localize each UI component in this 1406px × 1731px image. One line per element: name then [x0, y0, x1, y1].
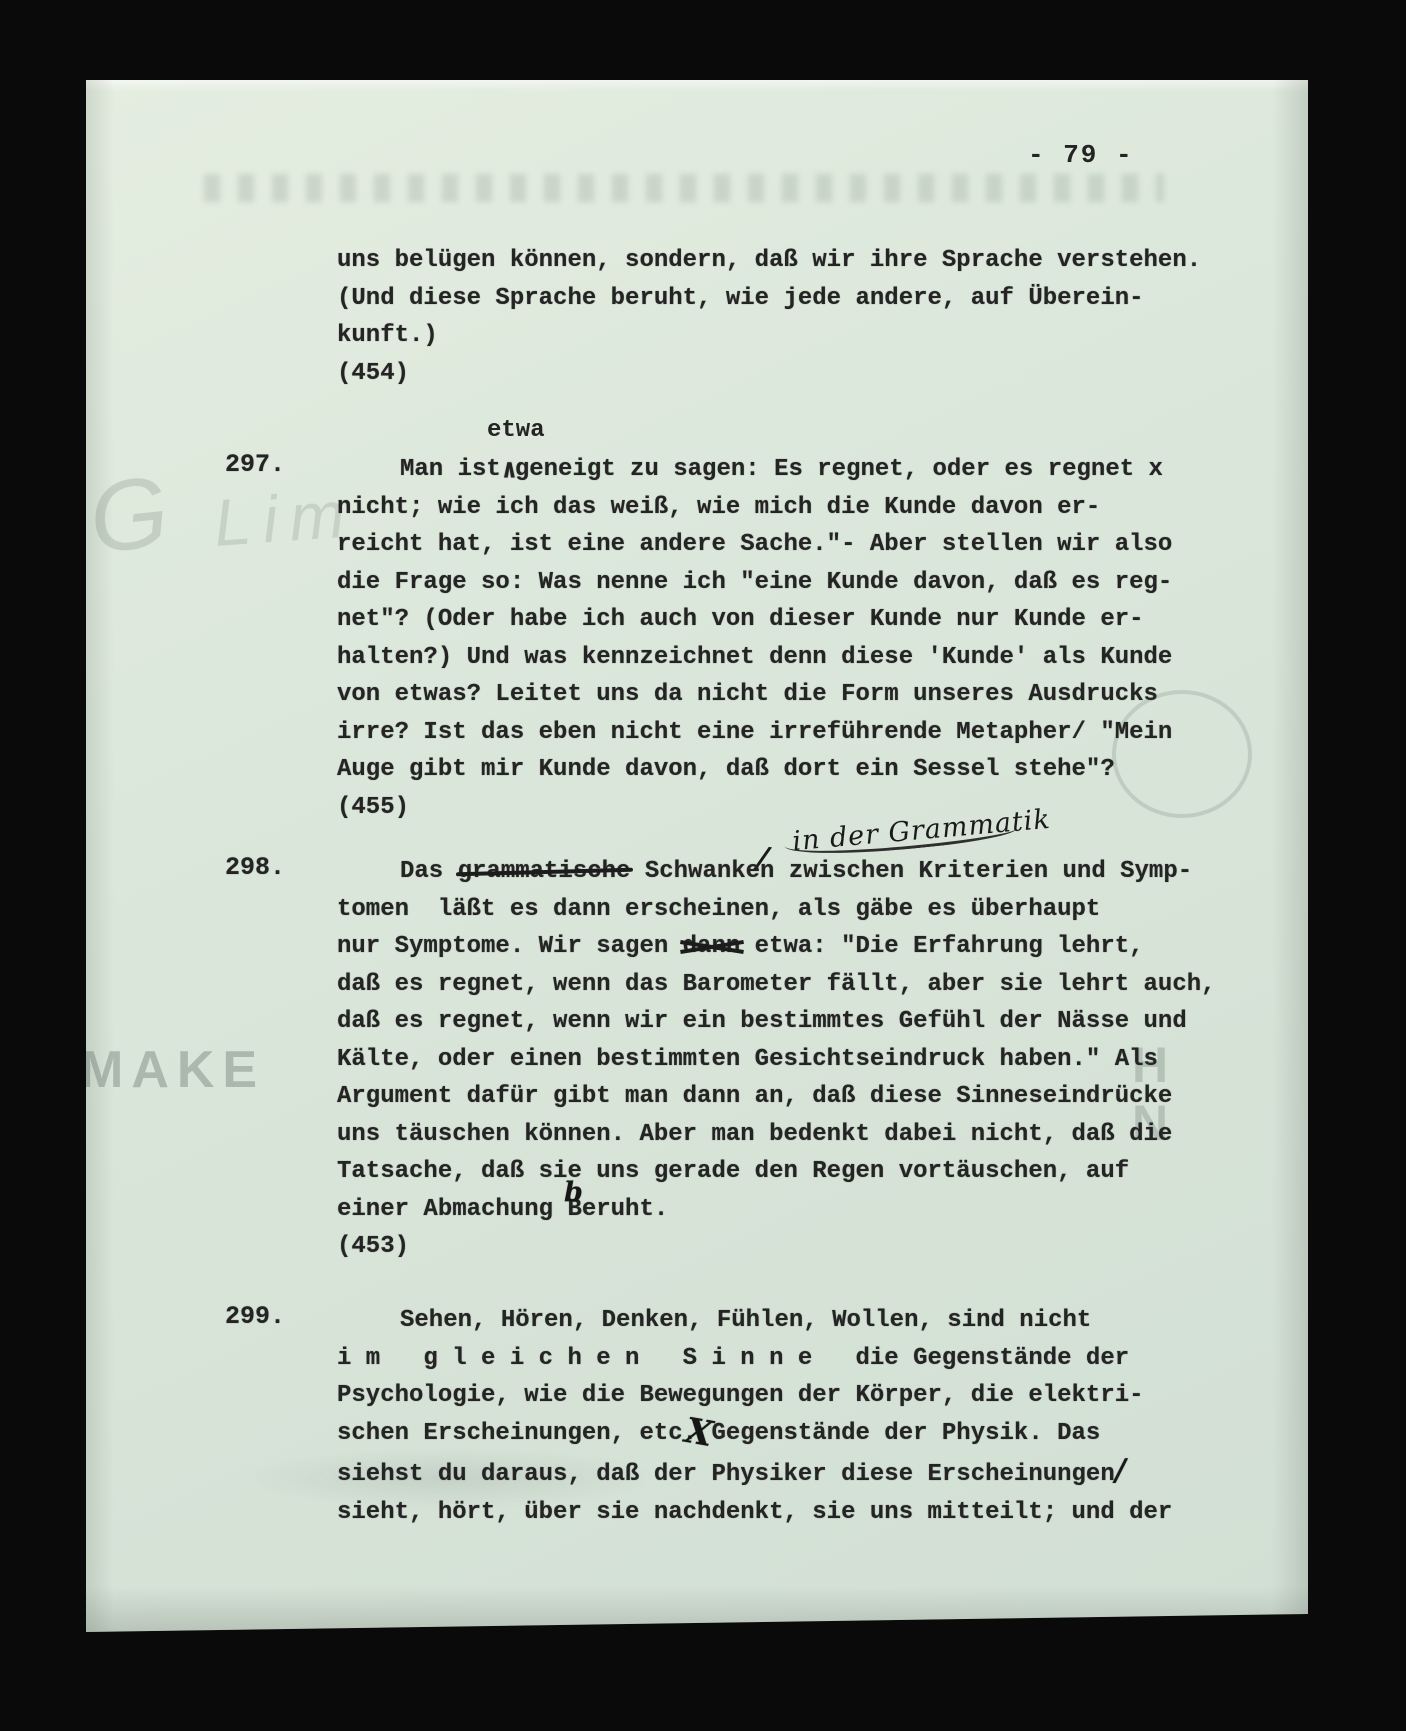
typed-line: kunft.): [337, 317, 1257, 355]
paragraph-299: 299. Sehen, Hören, Denken, Fühlen, Wolle…: [86, 1302, 1308, 1531]
typed-text: Schwanken: [630, 858, 788, 885]
typed-text: etwa: "Die Erfahrung lehrt,: [740, 933, 1143, 960]
source-reference: (453): [337, 1228, 1257, 1266]
typed-line: daß es regnet, wenn wir ein bestimmtes G…: [337, 1003, 1257, 1041]
struck-word-dann: dann: [683, 933, 741, 960]
typed-line: irre? Ist das eben nicht eine irreführen…: [337, 714, 1257, 752]
typed-line: Man ist∧geneigt zu sagen: Es regnet, ode…: [337, 450, 1257, 489]
document-page: G Lim MAKE H N - 79 - uns belügen können…: [86, 80, 1308, 1632]
typed-line: i m g l e i c h e n S i n n e die Gegens…: [337, 1340, 1257, 1378]
typed-line: (Und diese Sprache beruht, wie jede ande…: [337, 280, 1257, 318]
typed-line: die Frage so: Was nenne ich "eine Kunde …: [337, 564, 1257, 602]
scan-background: G Lim MAKE H N - 79 - uns belügen können…: [0, 0, 1406, 1731]
typed-line: Sehen, Hören, Denken, Fühlen, Wollen, si…: [337, 1302, 1257, 1340]
typed-text: nur Symptome. Wir sagen: [337, 933, 683, 960]
typed-line: siehst du daraus, daß der Physiker diese…: [337, 1452, 1257, 1494]
typed-line: Tatsache, daß sie uns gerade den Regen v…: [337, 1153, 1257, 1191]
paragraph-number: 298.: [225, 853, 285, 882]
typed-line: uns belügen können, sondern, daß wir ihr…: [337, 242, 1257, 280]
typed-line: daß es regnet, wenn das Barometer fällt,…: [337, 966, 1257, 1004]
typed-text: geneigt zu sagen: Es regnet, oder es reg…: [515, 456, 1163, 483]
typed-text: einer Abmachung: [337, 1196, 567, 1223]
typed-line: schen Erscheinungen, etc. Gegenstände de…: [337, 1415, 1257, 1453]
paragraph-number: 297.: [225, 450, 285, 479]
typed-line: einer Abmachung Beruht.b: [337, 1191, 1257, 1229]
typed-line: Psychologie, wie die Bewegungen der Körp…: [337, 1377, 1257, 1415]
insertion-caret-mark: ∧: [501, 446, 515, 493]
typed-line: von etwas? Leitet uns da nicht die Form …: [337, 676, 1257, 714]
handwritten-slash-mark: /: [1115, 1453, 1126, 1488]
typed-line: Argument dafür gibt man dann an, daß die…: [337, 1078, 1257, 1116]
typed-text: Das: [400, 858, 458, 885]
struck-word-grammatische: grammatische: [458, 858, 631, 885]
bleedthrough-smudge: [204, 174, 1164, 202]
typed-line: halten?) Und was kennzeichnet denn diese…: [337, 639, 1257, 677]
typed-insert-above-line: etwa: [487, 417, 545, 444]
typed-text: zwischen Kriterien und Symp-: [789, 858, 1192, 885]
typed-text: schen Erscheinungen, etc. Gegenstände de…: [337, 1420, 1100, 1447]
source-reference: (455): [337, 789, 1257, 827]
typed-line: Das grammatische Schwanken zwischen Krit…: [337, 853, 1257, 891]
typed-text: Man ist: [400, 456, 501, 483]
typed-line: nicht; wie ich das weiß, wie mich die Ku…: [337, 489, 1257, 527]
paragraph-number: 299.: [225, 1302, 285, 1331]
typed-line: net"? (Oder habe ich auch von dieser Kun…: [337, 601, 1257, 639]
paragraph-intro: uns belügen können, sondern, daß wir ihr…: [86, 242, 1308, 392]
typed-line: uns täuschen können. Aber man bedenkt da…: [337, 1116, 1257, 1154]
paragraph-297: 297. etwa Man ist∧geneigt zu sagen: Es r…: [86, 450, 1308, 826]
typed-line: Auge gibt mir Kunde davon, daß dort ein …: [337, 751, 1257, 789]
typed-line: sieht, hört, über sie nachdenkt, sie uns…: [337, 1494, 1257, 1532]
typed-line: Kälte, oder einen bestimmten Gesichtsein…: [337, 1041, 1257, 1079]
typed-line: reicht hat, ist eine andere Sache."- Abe…: [337, 526, 1257, 564]
typed-line: nur Symptome. Wir sagen dann etwa: "Die …: [337, 928, 1257, 966]
typed-line: tomen läßt es dann erscheinen, als gäbe …: [337, 891, 1257, 929]
typed-text: siehst du daraus, daß der Physiker diese…: [337, 1461, 1115, 1488]
page-number: - 79 -: [1028, 140, 1134, 170]
source-reference: (454): [337, 355, 1257, 393]
handwritten-correction-b: b: [564, 1174, 583, 1212]
paragraph-298: 298. in der Grammatik / Das grammatische…: [86, 853, 1308, 1266]
